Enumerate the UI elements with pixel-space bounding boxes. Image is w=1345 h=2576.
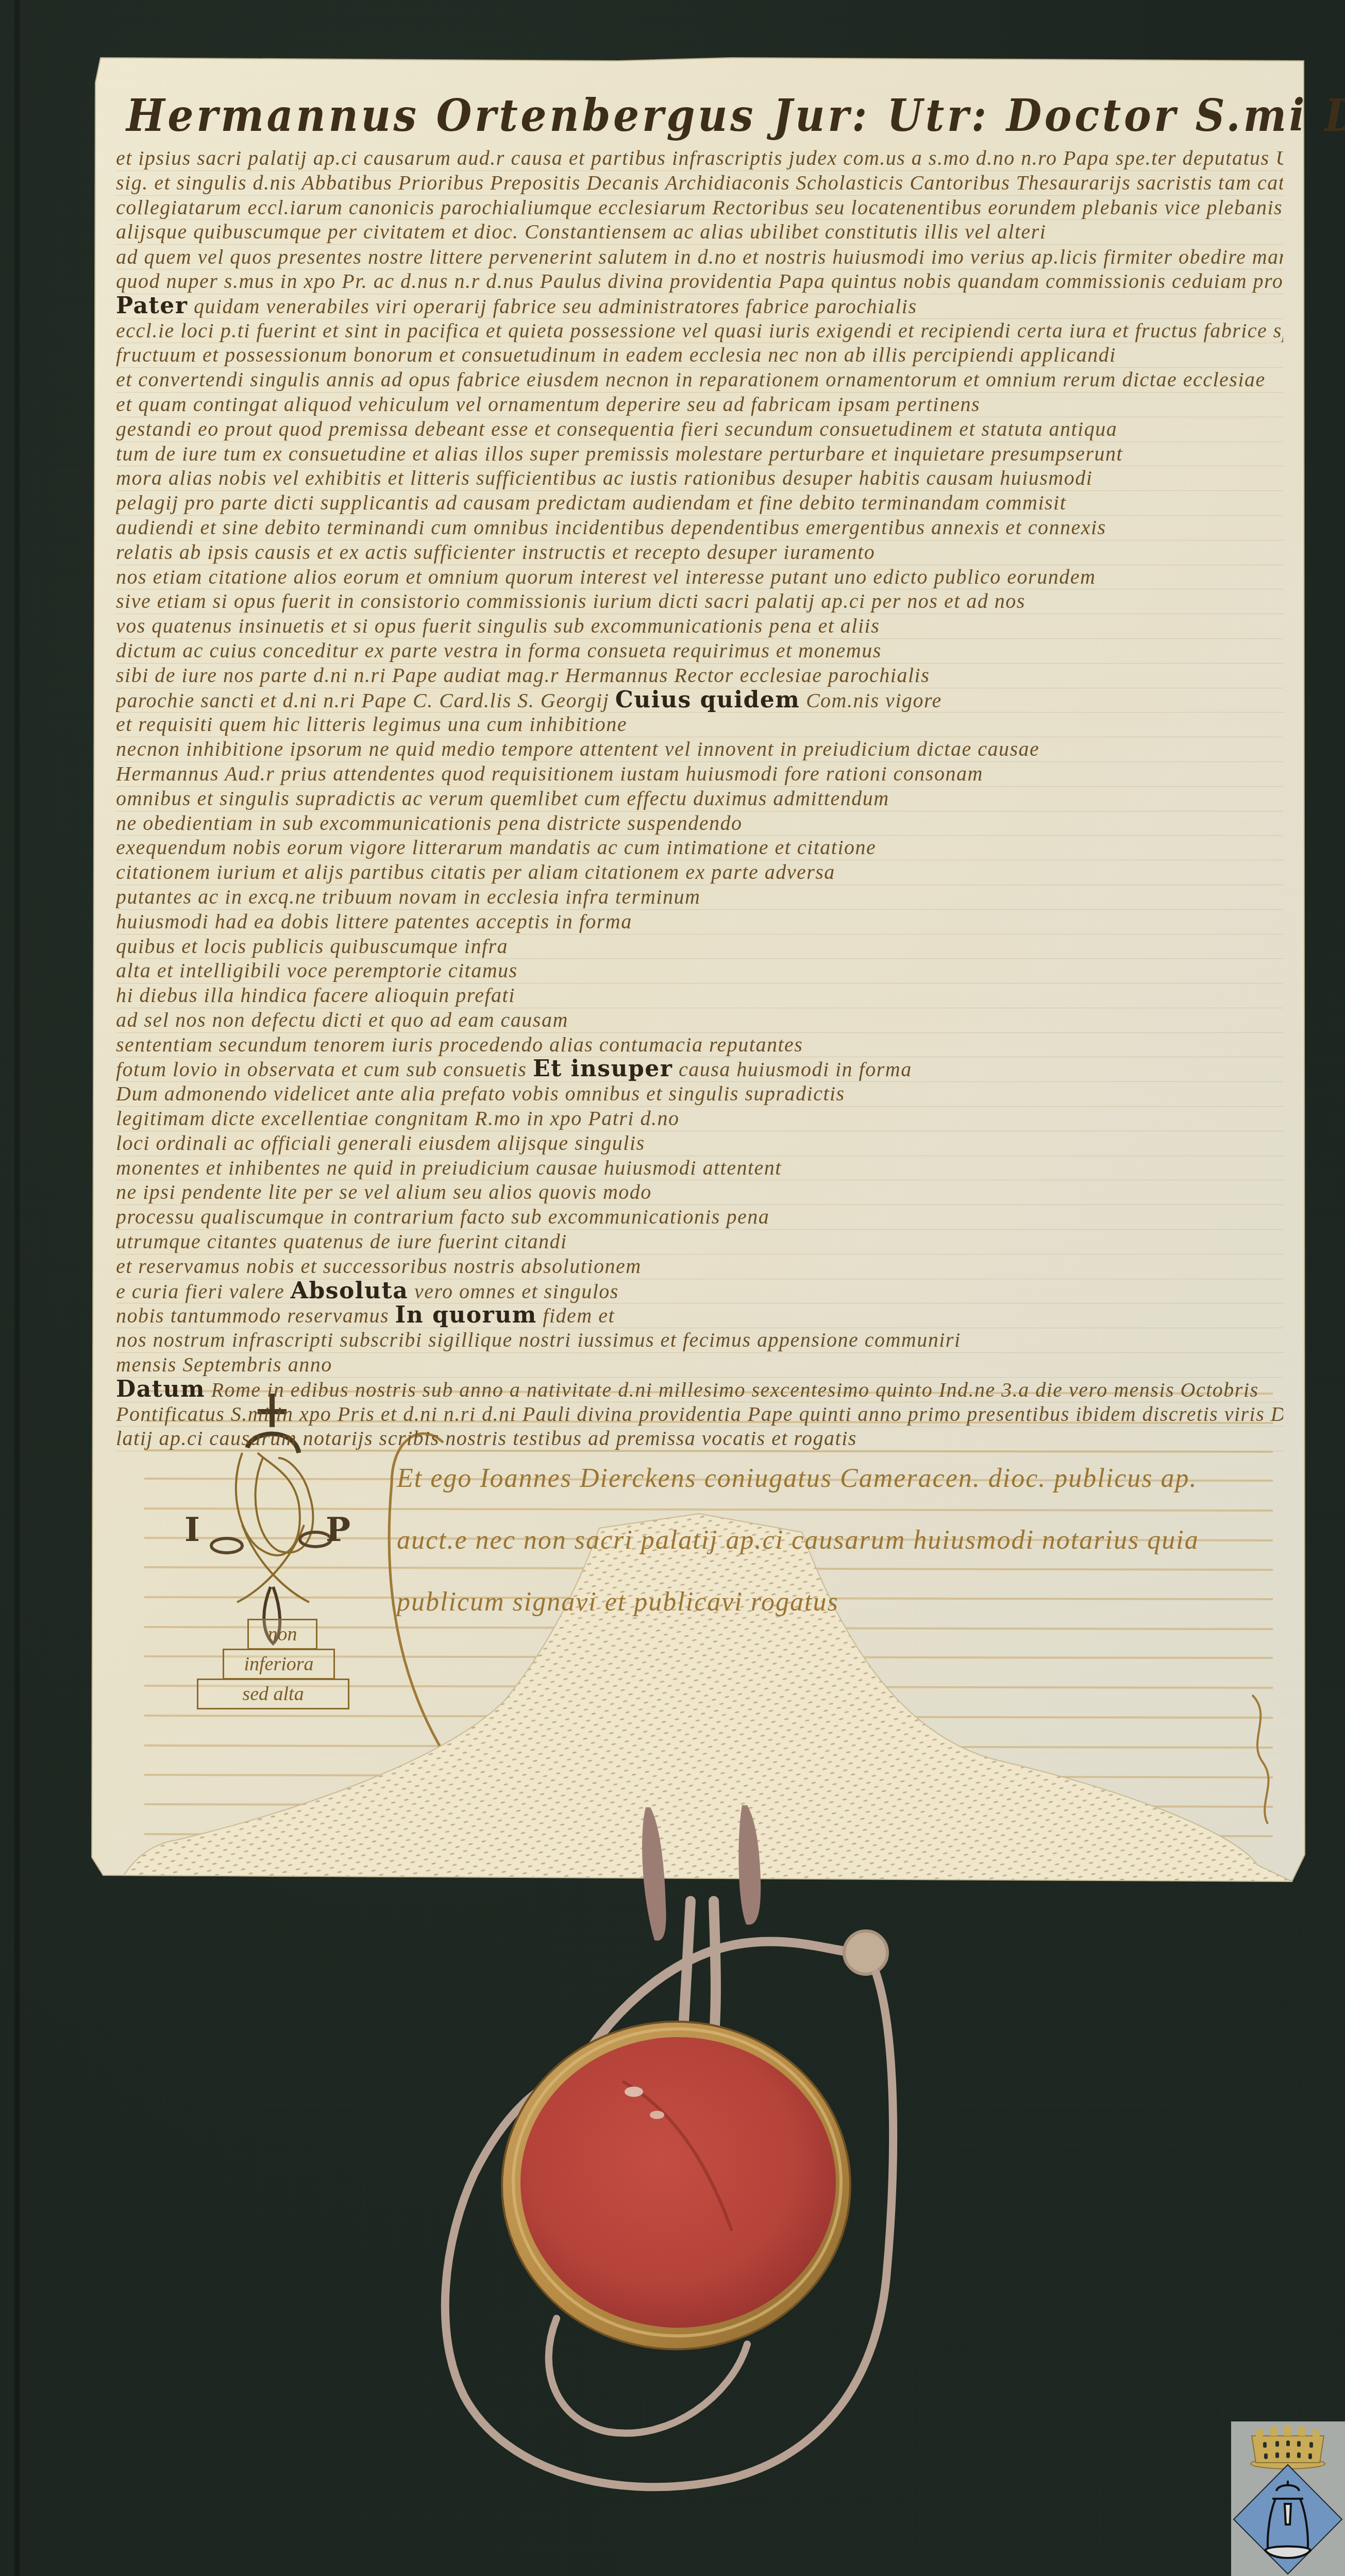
text-line: ne ipsi pendente lite per se vel alium s… — [116, 1180, 1283, 1205]
text-line-body: legitimam dicte excellentiae congnitam R… — [116, 1107, 679, 1130]
notary-subscription: Et ego Ioannes Dierckens coniugatus Came… — [397, 1448, 1273, 1633]
text-line-body: pelagij pro parte dicti supplicantis ad … — [116, 491, 1066, 514]
text-line: ne obedientiam in sub excommunicationis … — [116, 811, 1283, 836]
signet-motto-top: non — [247, 1619, 317, 1650]
text-line-body: ad sel nos non defectu dicti et quo ad e… — [116, 1008, 568, 1031]
signet-motto-bottom: sed alta — [197, 1679, 349, 1709]
text-line: pelagij pro parte dicti supplicantis ad … — [116, 491, 1283, 516]
text-line-body: citationem iurium et alijs partibus cita… — [116, 860, 835, 884]
coat-of-arms — [1231, 2421, 1345, 2576]
text-line: omnibus et singulis supradictis ac verum… — [116, 787, 1283, 811]
text-line-body: vos quatenus insinuetis et si opus fueri… — [116, 614, 880, 637]
text-line-body: omnibus et singulis supradictis ac verum… — [116, 787, 889, 810]
text-line-body: Hermannus Aud.r prius attendentes quod r… — [116, 762, 983, 785]
text-line-body: putantes ac in excq.ne tribuum novam in … — [116, 885, 700, 908]
text-line-body: tum de iure tum ex consuetudine et alias… — [116, 442, 1123, 465]
text-line: sententiam secundum tenorem iuris proced… — [116, 1033, 1283, 1058]
text-line: quod nuper s.mus in xpo Pr. ac d.nus n.r… — [116, 269, 1283, 294]
text-line: quibus et locis publicis quibuscumque in… — [116, 935, 1283, 959]
text-line-tail: Universis — [1270, 146, 1283, 170]
mural-crown-icon — [1251, 2426, 1325, 2469]
text-line: putantes ac in excq.ne tribuum novam in … — [116, 885, 1283, 910]
text-line: monentes et inhibentes ne quid in preiud… — [116, 1156, 1283, 1181]
text-line-body: huiusmodi had ea dobis littere patentes … — [116, 910, 632, 933]
text-line-body: loci ordinali ac officiali generali eius… — [116, 1131, 645, 1155]
text-line-body: mensis Septembris anno — [116, 1353, 332, 1376]
text-line-body: gestandi eo prout quod premissa debeant … — [116, 417, 1117, 440]
text-line: exequendum nobis eorum vigore litterarum… — [116, 836, 1283, 860]
text-line-body: nos etiam citatione alios eorum et omniu… — [116, 565, 1096, 588]
text-line: ad sel nos non defectu dicti et quo ad e… — [116, 1008, 1283, 1033]
text-line: Pater quidam venerabiles viri operarij f… — [116, 294, 1283, 319]
text-line: processu qualiscumque in contrarium fact… — [116, 1205, 1283, 1230]
coat-of-arms-graphic — [1231, 2421, 1345, 2576]
text-line-body: ad quem vel quos presentes nostre litter… — [116, 245, 1283, 268]
text-line-body: relatis ab ipsis causis et ex actis suff… — [116, 540, 875, 564]
text-line-highlight: Absoluta — [291, 1279, 409, 1304]
text-line: fotum lovio in observata et cum sub cons… — [116, 1057, 1283, 1082]
text-line: nos nostrum infrascripti subscribi sigil… — [116, 1328, 1283, 1353]
text-line: citationem iurium et alijs partibus cita… — [116, 860, 1283, 885]
text-line-body: exequendum nobis eorum vigore litterarum… — [116, 836, 876, 859]
text-line-body: dictum ac cuius conceditur ex parte vest… — [116, 639, 882, 662]
text-line-highlight: In quorum — [395, 1303, 537, 1328]
text-line-body: nobis tantummodo reservamus — [116, 1304, 389, 1327]
text-line-body: sibi de iure nos parte d.ni n.ri Pape au… — [116, 664, 930, 687]
text-line-body: monentes et inhibentes ne quid in preiud… — [116, 1156, 782, 1179]
text-line: utrumque citantes quatenus de iure fueri… — [116, 1230, 1283, 1255]
text-line-body: audiendi et sine debito terminandi cum o… — [116, 516, 1106, 539]
text-line: parochie sancti et d.ni n.ri Pape C. Car… — [116, 688, 1283, 713]
text-line-body: et requisiti quem hic litteris legimus u… — [116, 713, 627, 736]
text-line: tum de iure tum ex consuetudine et alias… — [116, 442, 1283, 467]
subscription-line: Et ego Ioannes Dierckens coniugatus Came… — [397, 1448, 1273, 1510]
text-line: alijsque quibuscumque per civitatem et d… — [116, 220, 1283, 245]
text-line-tail: Com.nis vigore — [800, 689, 941, 712]
text-line: nobis tantummodo reservamus In quorum fi… — [116, 1303, 1283, 1328]
text-line-body: Dum admonendo videlicet ante alia prefat… — [116, 1082, 845, 1105]
text-line: vos quatenus insinuetis et si opus fueri… — [116, 614, 1283, 639]
text-line-body: quod nuper s.mus in xpo Pr. ac d.nus n.r… — [116, 269, 1283, 293]
text-line-body: et ipsius sacri palatij ap.ci causarum a… — [116, 146, 1270, 170]
text-line-body: ne ipsi pendente lite per se vel alium s… — [116, 1180, 652, 1204]
text-line-body: processu qualiscumque in contrarium fact… — [116, 1205, 769, 1228]
text-line: mora alias nobis vel exhibitis et litter… — [116, 466, 1283, 491]
text-line: nos etiam citatione alios eorum et omniu… — [116, 565, 1283, 590]
text-line-tail: vero omnes et singulos — [408, 1280, 619, 1303]
document-text: Hermannus Ortenbergus Jur: Utr: Doctor S… — [116, 88, 1283, 1451]
text-line-body: fotum lovio in observata et cum sub cons… — [116, 1058, 527, 1081]
text-line-body: fructuum et possessionum bonorum et cons… — [116, 343, 1116, 366]
signet-letter-p: P — [326, 1511, 350, 1549]
text-line-body: sententiam secundum tenorem iuris proced… — [116, 1033, 803, 1056]
text-line: sig. et singulis d.nis Abbatibus Priorib… — [116, 171, 1283, 196]
text-line-tail: fidem et — [537, 1304, 615, 1327]
signet-motto-middle: inferiora — [223, 1649, 335, 1680]
text-line-highlight: Et insuper — [533, 1057, 673, 1082]
lozenge-shield-icon — [1234, 2465, 1342, 2574]
text-line: eccl.ie loci p.ti fuerint et sint in pac… — [116, 319, 1283, 344]
text-line: et reservamus nobis et successoribus nos… — [116, 1255, 1283, 1279]
seal-wax-chip — [625, 2087, 643, 2097]
text-line-body: parochie sancti et d.ni n.ri Pape C. Car… — [116, 689, 609, 712]
text-line: dictum ac cuius conceditur ex parte vest… — [116, 639, 1283, 664]
text-line: Hermannus Aud.r prius attendentes quod r… — [116, 762, 1283, 787]
text-line-body: necnon inhibitione ipsorum ne quid medio… — [116, 737, 1039, 760]
text-line-body: ne obedientiam in sub excommunicationis … — [116, 811, 742, 835]
subscription-line: auct.e nec non sacri palatij ap.ci causa… — [397, 1510, 1273, 1571]
text-line-body: utrumque citantes quatenus de iure fueri… — [116, 1230, 567, 1253]
text-line-body: quibus et locis publicis quibuscumque in… — [116, 935, 508, 958]
text-line-body: sig. et singulis d.nis Abbatibus Priorib… — [116, 171, 1283, 194]
text-line-body: hi diebus illa hindica facere alioquin p… — [116, 984, 515, 1007]
text-line: et quam contingat aliquod vehiculum vel … — [116, 393, 1283, 417]
text-line: alta et intelligibili voce peremptorie c… — [116, 959, 1283, 984]
text-line-body: e curia fieri valere — [116, 1280, 284, 1303]
body-lines: et ipsius sacri palatij ap.ci causarum a… — [116, 146, 1283, 1451]
seal-wax — [520, 2037, 836, 2328]
text-line: et requisiti quem hic litteris legimus u… — [116, 713, 1283, 737]
text-line: sive etiam si opus fuerit in consistorio… — [116, 589, 1283, 614]
text-line: mensis Septembris anno — [116, 1353, 1283, 1378]
text-line: loci ordinali ac officiali generali eius… — [116, 1131, 1283, 1156]
text-line: e curia fieri valere Absoluta vero omnes… — [116, 1279, 1283, 1304]
text-line-body: alta et intelligibili voce peremptorie c… — [116, 959, 518, 982]
text-line-body: mora alias nobis vel exhibitis et litter… — [116, 466, 1092, 489]
text-line: audiendi et sine debito terminandi cum o… — [116, 516, 1283, 540]
text-line: sibi de iure nos parte d.ni n.ri Pape au… — [116, 664, 1283, 688]
text-line: et ipsius sacri palatij ap.ci causarum a… — [116, 146, 1283, 171]
text-line-body: et reservamus nobis et successoribus nos… — [116, 1255, 642, 1278]
text-line: gestandi eo prout quod premissa debeant … — [116, 417, 1283, 442]
text-line: collegiatarum eccl.iarum canonicis paroc… — [116, 196, 1283, 221]
text-line-tail: causa huiusmodi in forma — [673, 1058, 912, 1081]
text-line: et convertendi singulis annis ad opus fa… — [116, 368, 1283, 393]
text-line-body: alijsque quibuscumque per civitatem et d… — [116, 220, 1046, 243]
text-line: necnon inhibitione ipsorum ne quid medio… — [116, 737, 1283, 762]
text-line-tail: quidam venerabiles viri operarij fabrice… — [188, 295, 917, 318]
text-line-body: nos nostrum infrascripti subscribi sigil… — [116, 1328, 961, 1351]
text-line-body: et quam contingat aliquod vehiculum vel … — [116, 393, 980, 416]
text-line-highlight: Cuius quidem — [615, 688, 800, 713]
text-line-body: collegiatarum eccl.iarum canonicis paroc… — [116, 196, 1283, 219]
text-line-body: et convertendi singulis annis ad opus fa… — [116, 368, 1266, 391]
text-line: legitimam dicte excellentiae congnitam R… — [116, 1107, 1283, 1131]
text-line-body: sive etiam si opus fuerit in consistorio… — [116, 589, 1025, 613]
notary-signet: I P non inferiora sed alta — [175, 1391, 371, 1710]
text-line-highlight: Pater — [116, 294, 188, 319]
text-line: fructuum et possessionum bonorum et cons… — [116, 343, 1283, 368]
text-line-body: eccl.ie loci p.ti fuerint et sint in pac… — [116, 319, 1283, 342]
text-line: hi diebus illa hindica facere alioquin p… — [116, 984, 1283, 1008]
text-line: ad quem vel quos presentes nostre litter… — [116, 245, 1283, 269]
seal-wax-chip — [650, 2111, 664, 2119]
heading-line: Hermannus Ortenbergus Jur: Utr: Doctor S… — [126, 88, 1190, 144]
text-line: huiusmodi had ea dobis littere patentes … — [116, 910, 1283, 935]
text-line: relatis ab ipsis causis et ex actis suff… — [116, 540, 1283, 565]
text-line: Dum admonendo videlicet ante alia prefat… — [116, 1082, 1283, 1107]
subscription-line: publicum signavi et publicavi rogatus — [397, 1571, 1273, 1633]
signet-letter-i: I — [184, 1511, 200, 1549]
